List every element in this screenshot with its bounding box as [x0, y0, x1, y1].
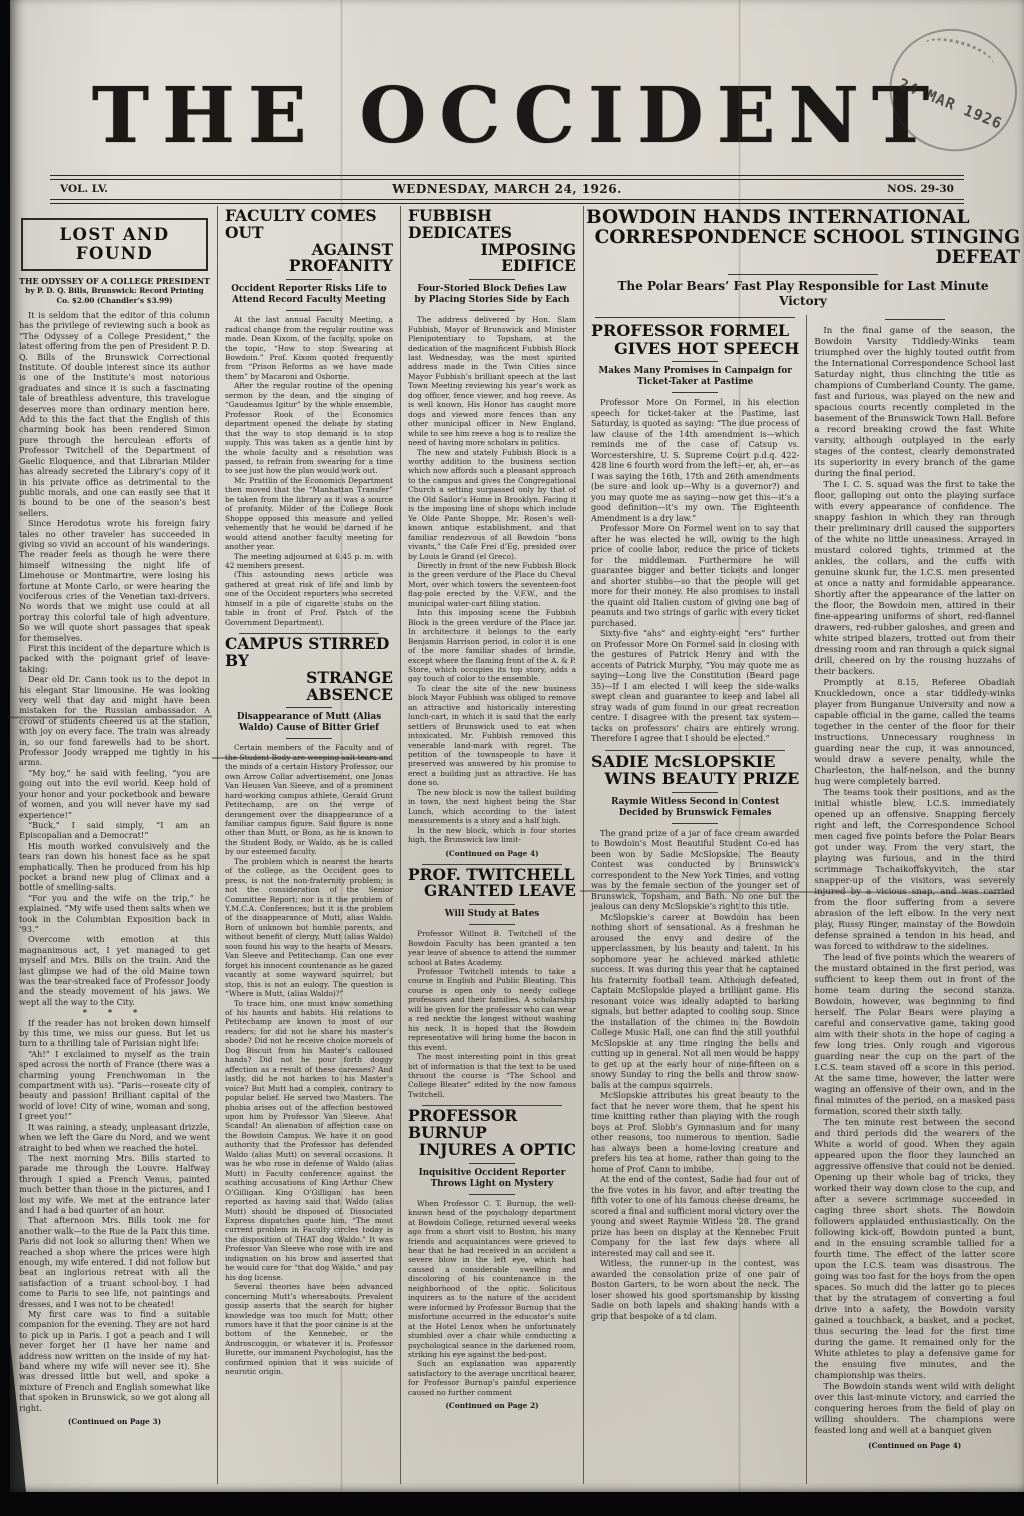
article-body: Professor More On Formel, in his electio…	[591, 397, 799, 744]
article-deck: Makes Many Promises in Campaign for Tick…	[595, 366, 795, 388]
decorative-rule	[286, 310, 332, 311]
article-deck: Inquisitive Occident Reporter Throws Lig…	[412, 1168, 572, 1190]
article-paragraph: Professor Willnot B. Twitchell of the Bo…	[408, 929, 576, 967]
article-paragraph: The ten minute rest between the second a…	[814, 1118, 1015, 1382]
article-paragraph: Witless, the runner-up in the contest, w…	[591, 1258, 799, 1321]
date-label: WEDNESDAY, MARCH 24, 1926.	[50, 182, 964, 196]
decorative-rule	[672, 823, 718, 824]
decorative-rule	[672, 361, 718, 362]
headline-line: PROFESSOR FORMEL	[591, 322, 799, 340]
article-paragraph: It was raining, a steady, unpleasant dri…	[19, 1122, 210, 1153]
book-review-byline: by P. D. Q. Bills, Brunswick: Record Pri…	[19, 286, 210, 296]
article-paragraph: The I. C. S. squad was the first to take…	[814, 480, 1015, 678]
decorative-rule	[885, 319, 945, 320]
article-paragraph: Professor More On Formel went on to say …	[591, 523, 799, 628]
headline-line: AGAINST PROFANITY	[225, 242, 393, 276]
banner-headline-line: CORRESPONDENCE SCHOOL STINGING DEFEAT	[586, 228, 1020, 268]
article-paragraph: At the last annual Faculty Meeting, a ra…	[225, 315, 393, 381]
article-paragraph: The new block is now the tallest buildin…	[408, 788, 576, 826]
article-deck: Will Study at Bates	[412, 909, 572, 920]
continued-notice: (Continued on Page 4)	[408, 849, 576, 858]
article-paragraph: The lead of five points which the wearer…	[814, 953, 1015, 1118]
article-body: At the last annual Faculty Meeting, a ra…	[225, 315, 393, 627]
article-body: The grand prize of a jar of face cream a…	[591, 828, 799, 1322]
headline-line: GRANTED LEAVE	[408, 883, 576, 900]
article-deck: Raymie Witless Second in Contest Decided…	[595, 797, 795, 819]
article-body: In the final game of the season, the Bow…	[814, 326, 1015, 1437]
article-paragraph: His mouth worked convulsively and the te…	[19, 841, 210, 893]
article-headline: SADIE McSLOPSKIE WINS BEAUTY PRIZE	[591, 753, 799, 788]
newspaper-page: THE OCCIDENT 24 MAR 1926 VOL. LV. WEDNES…	[10, 0, 1024, 1492]
column-grid: LOST AND FOUND THE ODYSSEY OF A COLLEGE …	[12, 206, 1022, 1484]
article-paragraph: Professor More On Formel, in his electio…	[591, 397, 799, 523]
article-headline: FUBBISH DEDICATES IMPOSING EDIFICE	[408, 208, 576, 275]
article-formel-speech: PROFESSOR FORMEL GIVES HOT SPEECH Makes …	[591, 322, 799, 744]
article-burnup-optic: PROFESSOR BURNUP INJURES A OPTIC Inquisi…	[408, 1108, 576, 1410]
article-paragraph: Since Herodotus wrote his foreign fairy …	[19, 518, 210, 643]
article-campus-stirred: CAMPUS STIRRED BY STRANGE ABSENCE Disapp…	[225, 636, 393, 1377]
article-paragraph: The meeting adjourned at 6.45 p. m. with…	[225, 552, 393, 571]
article-paragraph: The problem which is nearest the hearts …	[225, 857, 393, 999]
article-paragraph: (This astounding news article was gather…	[225, 570, 393, 627]
article-game-story: In the final game of the season, the Bow…	[814, 326, 1015, 1450]
decorative-rule	[286, 707, 332, 708]
column-4: PROFESSOR FORMEL GIVES HOT SPEECH Makes …	[584, 315, 807, 1484]
article-paragraph: McSlopskie attributes his great beauty t…	[591, 1090, 799, 1174]
article-paragraph: “Buck,” I said simply, “I am an Episcopa…	[19, 820, 210, 841]
article-paragraph: Several theories have been advanced conc…	[225, 1282, 393, 1377]
article-body: When Professor C. T. Burnup, the well-kn…	[408, 1199, 576, 1398]
article-fubbish-edifice: FUBBISH DEDICATES IMPOSING EDIFICE Four-…	[408, 208, 576, 858]
article-paragraph: Dear old Dr. Cann took us to the depot i…	[19, 674, 210, 768]
column-3: FUBBISH DEDICATES IMPOSING EDIFICE Four-…	[401, 206, 584, 1484]
article-paragraph: In the final game of the season, the Bow…	[814, 326, 1015, 480]
article-lost-and-found: LOST AND FOUND THE ODYSSEY OF A COLLEGE …	[19, 218, 210, 1426]
book-review-title: THE ODYSSEY OF A COLLEGE PRESIDENT	[19, 277, 210, 286]
article-paragraph: At the end of the contest, Sadie had fou…	[591, 1174, 799, 1258]
article-paragraph: In the new block, which is four stories …	[408, 826, 576, 845]
headline-line: PROFESSOR BURNUP	[408, 1108, 576, 1142]
article-headline: LOST AND FOUND	[21, 218, 208, 271]
decorative-rule	[286, 738, 332, 739]
article-separator-rule	[605, 750, 785, 751]
column-2: FACULTY COMES OUT AGAINST PROFANITY Occi…	[218, 206, 401, 1484]
article-faculty-profanity: FACULTY COMES OUT AGAINST PROFANITY Occi…	[225, 208, 393, 627]
article-headline: FACULTY COMES OUT AGAINST PROFANITY	[225, 208, 393, 275]
decorative-rule	[469, 279, 515, 280]
article-twitchell-leave: PROF. TWITCHELL GRANTED LEAVE Will Study…	[408, 867, 576, 1100]
article-paragraph: The new and stately Fubbish Block is a w…	[408, 448, 576, 561]
article-paragraph: Sixty-five “ahs” and eighty-eight “ers” …	[591, 628, 799, 744]
decorative-rule	[672, 392, 718, 393]
article-deck: Occident Reporter Risks Life to Attend R…	[229, 284, 389, 306]
article-paragraph: The next morning Mrs. Bills started to p…	[19, 1153, 210, 1215]
continued-notice: (Continued on Page 3)	[19, 1417, 210, 1426]
article-paragraph: My first care was to find a suitable com…	[19, 1309, 210, 1413]
banner-headline-line: BOWDOIN HANDS INTERNATIONAL	[586, 208, 1020, 228]
article-body: Certain members of the Faculty and of th…	[225, 743, 393, 1376]
article-paragraph: The most interesting point in this great…	[408, 1052, 576, 1099]
article-headline: PROF. TWITCHELL GRANTED LEAVE	[408, 867, 576, 901]
article-paragraph: The teams took their positions, and as t…	[814, 788, 1015, 953]
banner-deck: The Polar Bears’ Fast Play Responsible f…	[616, 279, 990, 309]
article-paragraph: Such an explanation was apparently satis…	[408, 1359, 576, 1397]
article-paragraph: It is seldom that the editor of this col…	[19, 310, 210, 518]
article-paragraph: “My boy,” he said with feeling, “you are…	[19, 768, 210, 820]
continued-notice: (Continued on Page 2)	[408, 1401, 576, 1410]
article-paragraph: * * *	[19, 1007, 210, 1017]
headline-line: FACULTY COMES OUT	[225, 208, 393, 242]
headline-line: FUBBISH DEDICATES	[408, 208, 576, 242]
article-paragraph: The address delivered by Hon. Slam Fubbi…	[408, 315, 576, 447]
article-headline: PROFESSOR BURNUP INJURES A OPTIC	[408, 1108, 576, 1158]
continued-notice: (Continued on Page 4)	[814, 1441, 1015, 1450]
headline-line: STRANGE ABSENCE	[225, 670, 393, 704]
column-5: In the final game of the season, the Bow…	[807, 315, 1022, 1484]
article-paragraph: Into this imposing scene the Fubbish Blo…	[408, 608, 576, 684]
article-paragraph: “Ah!” I exclaimed to myself as the train…	[19, 1049, 210, 1122]
article-headline: PROFESSOR FORMEL GIVES HOT SPEECH	[591, 322, 799, 357]
article-paragraph: If the reader has not broken down himsel…	[19, 1018, 210, 1049]
decorative-rule	[469, 904, 515, 905]
article-paragraph: Mr. Prattlin of the Economics Department…	[225, 476, 393, 552]
article-paragraph: Professor Twitchell intends to take a co…	[408, 967, 576, 1052]
article-body: It is seldom that the editor of this col…	[19, 310, 210, 1413]
headline-line: SADIE McSLOPSKIE	[591, 753, 799, 771]
article-paragraph: “For you and the wife on the trip,” he e…	[19, 893, 210, 935]
headline-line: INJURES A OPTIC	[408, 1142, 576, 1159]
article-mcslopskie-beauty: SADIE McSLOPSKIE WINS BEAUTY PRIZE Raymi…	[591, 753, 799, 1322]
article-body: Professor Willnot B. Twitchell of the Bo…	[408, 929, 576, 1099]
article-paragraph: The Bowdoin stands went wild with deligh…	[814, 1382, 1015, 1437]
article-paragraph: First this incident of the departure whi…	[19, 643, 210, 674]
article-paragraph: When Professor C. T. Burnup, the well-kn…	[408, 1199, 576, 1360]
column-1: LOST AND FOUND THE ODYSSEY OF A COLLEGE …	[12, 206, 218, 1484]
headline-line: IMPOSING EDIFICE	[408, 242, 576, 276]
right-subcolumns: PROFESSOR FORMEL GIVES HOT SPEECH Makes …	[584, 315, 1022, 1484]
decorative-rule	[469, 1163, 515, 1164]
article-paragraph: To trace him, one must know something of…	[225, 999, 393, 1283]
article-headline: CAMPUS STIRRED BY STRANGE ABSENCE	[225, 636, 393, 703]
headline-line: WINS BEAUTY PRIZE	[591, 770, 799, 788]
decorative-rule	[469, 924, 515, 925]
decorative-rule	[469, 1194, 515, 1195]
book-review-byline-price: Co. $2.00 (Chandler’s $3.99)	[19, 296, 210, 306]
article-paragraph: The grand prize of a jar of face cream a…	[591, 828, 799, 912]
article-deck: Disappearance of Mutt (Alias Waldo) Caus…	[229, 712, 389, 734]
dateline-rule-bottom	[50, 199, 964, 204]
article-body: The address delivered by Hon. Slam Fubbi…	[408, 315, 576, 844]
article-paragraph: Certain members of the Faculty and of th…	[225, 743, 393, 856]
article-banner-tiddledywinks: BOWDOIN HANDS INTERNATIONAL CORRESPONDEN…	[584, 206, 1022, 311]
article-paragraph: After the regular routine of the opening…	[225, 381, 393, 476]
article-deck: Four-Storied Block Defies Law by Placing…	[412, 284, 572, 306]
article-paragraph: That afternoon Mrs. Bills took me for an…	[19, 1215, 210, 1309]
decorative-rule	[728, 274, 878, 275]
article-paragraph: Directly in front of the new Fubbish Blo…	[408, 561, 576, 608]
decorative-rule	[595, 317, 795, 318]
scanned-newspaper: { "masthead": { "title": "THE OCCIDENT",…	[0, 0, 1024, 1516]
article-paragraph: Promptly at 8.15, Referee Obadiah Knuckl…	[814, 678, 1015, 788]
decorative-rule	[286, 279, 332, 280]
headline-line: CAMPUS STIRRED BY	[225, 636, 393, 670]
article-paragraph: McSlopskie’s career at Bowdoin has been …	[591, 912, 799, 1091]
dateline: VOL. LV. WEDNESDAY, MARCH 24, 1926. NOS.…	[50, 175, 964, 204]
article-paragraph: To clear the site of the new business bl…	[408, 684, 576, 788]
headline-line: GIVES HOT SPEECH	[591, 340, 799, 358]
right-section: BOWDOIN HANDS INTERNATIONAL CORRESPONDEN…	[584, 206, 1022, 1484]
article-paragraph: Overcome with emotion at this magnanimou…	[19, 934, 210, 1007]
decorative-rule	[672, 792, 718, 793]
decorative-rule	[469, 310, 515, 311]
